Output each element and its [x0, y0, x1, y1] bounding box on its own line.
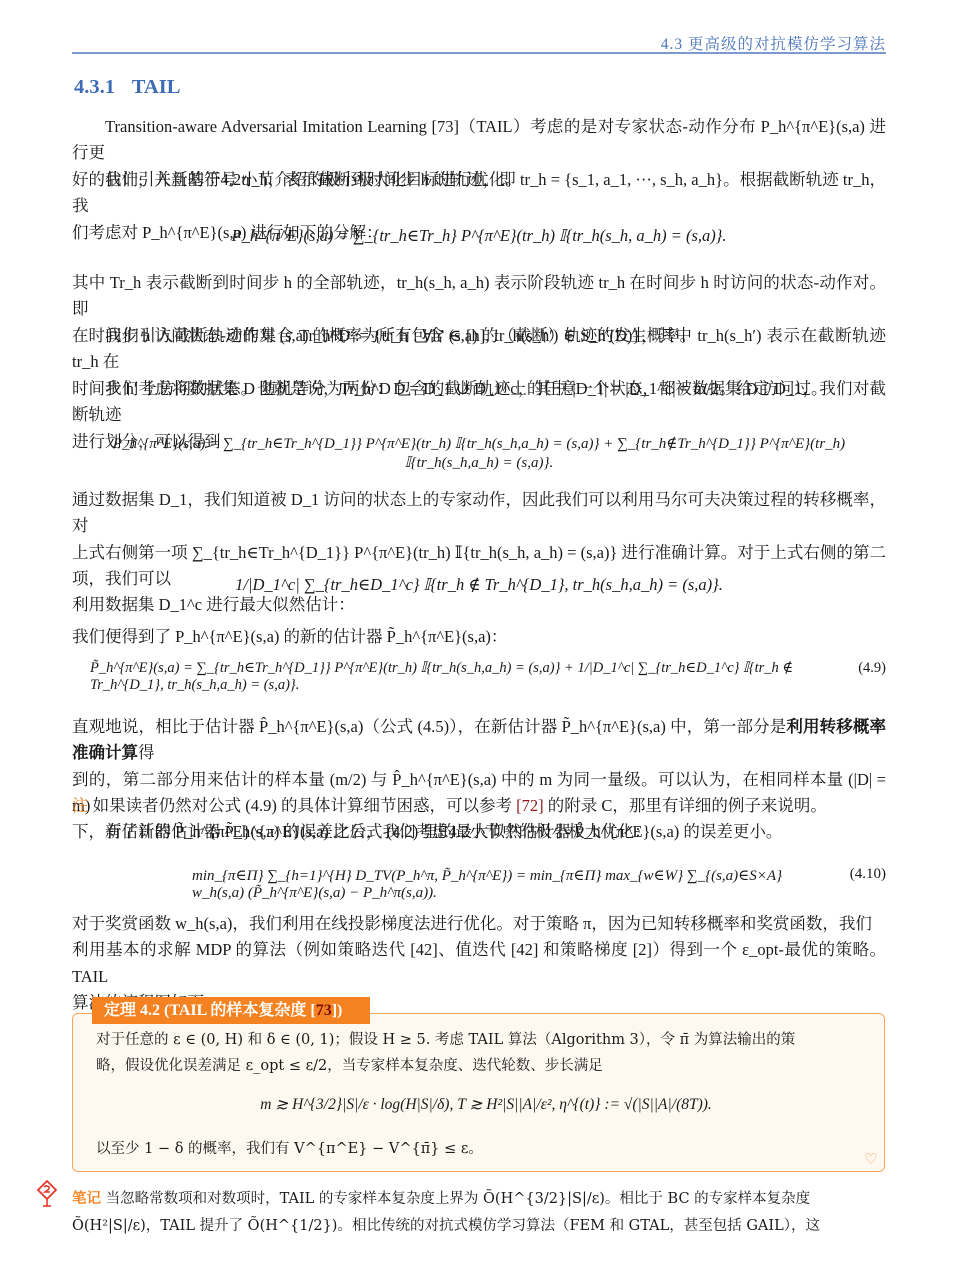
paragraph-d1: 通过数据集 D_1，我们知道被 D_1 访问的状态上的专家动作，因此我们可以利用…: [72, 487, 886, 618]
equation-4-9: P̃_h^{π^E}(s,a) = ∑_{tr_h∈Tr_h^{D_1}} P^…: [72, 660, 886, 694]
text-line: 对于任意的 ε ∈ (0, H) 和 δ ∈ (0, 1)；假设 H ≥ 5. …: [96, 1032, 795, 1048]
equation-text: 1/|D_1^c| ∑_{tr_h∈D_1^c} 𝕀{tr_h ∉ Tr_h^{…: [235, 575, 723, 594]
text-line: 的附录 C，那里有详细的例子来说明。: [544, 796, 827, 815]
text-line: 得: [138, 743, 155, 762]
running-title: 4.3 更高级的对抗模仿学习算法: [661, 32, 886, 54]
equation-text: m ≳ H^{3/2}|S|/ε · log(H|S|/δ), T ≳ H²|S…: [260, 1096, 712, 1113]
citation-link[interactable]: 73: [316, 1002, 332, 1019]
remark-label: 笔记: [72, 1190, 101, 1207]
equation-text: P_h^{π^E}(s,a) = ∑_{tr_h∈Tr_h^{D_1}} P^{…: [113, 436, 845, 471]
theorem-statement: 对于任意的 ε ∈ (0, H) 和 δ ∈ (0, 1)；假设 H ≥ 5. …: [96, 1027, 876, 1079]
text-line: 利用数据集 D_1^c 进行最大似然估计：: [72, 595, 355, 614]
section-number: 4.3.1: [74, 76, 115, 98]
text-line: 我们引入新的符号 tr_h，表示截断到时间步 h 的轨迹，即 tr_h = {s…: [72, 170, 886, 215]
equation-decomposition: P_h^{π^E}(s,a) = ∑_{tr_h∈Tr_h} P^{π^E}(t…: [72, 226, 886, 246]
note-label: 注: [72, 796, 89, 815]
citation-link[interactable]: [72]: [516, 796, 544, 815]
note-sign-icon: [36, 1180, 58, 1208]
equation-text: P̃_h^{π^E}(s,a) = ∑_{tr_h∈Tr_h^{D_1}} P^…: [90, 660, 830, 694]
page-header: 4.3 更高级的对抗模仿学习算法: [72, 30, 886, 54]
text-line: 通过数据集 D_1，我们知道被 D_1 访问的状态上的专家动作，因此我们可以利用…: [72, 490, 886, 535]
theorem-title-tab: 定理 4.2 (TAIL 的样本复杂度 [73]): [92, 997, 370, 1024]
text-line: Õ(H²|S|/ε)，TAIL 提升了 Õ(H^{1/2})。相比传统的对抗式模…: [72, 1218, 820, 1234]
text-line: 我们考虑将数据集 D 随机等分为两份：D = D_1 ∪ D_1^c，其中 |D…: [72, 379, 886, 424]
text-line: 有了新的估计器 P̃_h^{π^E}(s,a) 之后，我们考虑4.2小节中的极小…: [105, 822, 651, 841]
equation-number: (4.10): [850, 866, 886, 883]
equation-mle: 1/|D_1^c| ∑_{tr_h∈D_1^c} 𝕀{tr_h ∉ Tr_h^{…: [72, 575, 886, 595]
equation-number: (4.9): [858, 660, 886, 677]
equation-text: min_{π∈Π} ∑_{h=1}^{H} D_TV(P_h^π, P̃_h^{…: [192, 866, 832, 902]
section-title: TAIL: [132, 76, 181, 98]
paragraph-new-estimator: 我们便得到了 P_h^{π^E}(s,a) 的新的估计器 P̃_h^{π^E}(…: [72, 624, 886, 650]
equation-text: P_h^{π^E}(s,a) = ∑_{tr_h∈Tr_h} P^{π^E}(t…: [232, 226, 727, 245]
header-rule: [72, 52, 886, 54]
text-line: 对于奖赏函数 w_h(s,a)，我们利用在线投影梯度法进行优化。对于策略 π，因…: [72, 914, 872, 933]
text-line: 直观地说，相比于估计器 P̂_h^{π^E}(s,a)（公式 (4.5)），在新…: [72, 717, 786, 736]
text-line: 以至少 1 − δ 的概率，我们有 V^{π^E} − V^{π̄} ≤ ε。: [96, 1141, 483, 1157]
note-paragraph: 注 如果读者仍然对公式 (4.9) 的具体计算细节困惑，可以参考 [72] 的附…: [72, 793, 886, 819]
text-line: 当忽略常数项和对数项时，TAIL 的专家样本复杂度上界为 Õ(H^{3/2}|S…: [101, 1191, 810, 1207]
theorem-formula: m ≳ H^{3/2}|S|/ε · log(H|S|/δ), T ≳ H²|S…: [96, 1092, 876, 1118]
theorem-title: 定理 4.2 (TAIL 的样本复杂度: [104, 1002, 310, 1019]
text-line: 如果读者仍然对公式 (4.9) 的具体计算细节困惑，可以参考: [89, 796, 517, 815]
text-line: 利用基本的求解 MDP 的算法（例如策略迭代 [42]、值迭代 [42] 和策略…: [72, 940, 886, 985]
text-line: Transition-aware Adversarial Imitation L…: [72, 117, 886, 162]
text-line: 略，假设优化误差满足 ε_opt ≤ ε/2，当专家样本复杂度、迭代轮数、步长满…: [96, 1058, 603, 1074]
equation-split: P_h^{π^E}(s,a) = ∑_{tr_h∈Tr_h^{D_1}} P^{…: [72, 434, 886, 472]
equation-4-10: min_{π∈Π} ∑_{h=1}^{H} D_TV(P_h^π, P̃_h^{…: [72, 866, 886, 902]
section-heading: 4.3.1 TAIL: [74, 76, 180, 99]
text-line: 我们引入截断轨迹的集合 Tr_h^D := {tr_h : ∀h′ ∈ [h],…: [72, 326, 886, 371]
paragraph-minimax: 有了新的估计器 P̃_h^{π^E}(s,a) 之后，我们考虑4.2小节中的极小…: [72, 819, 886, 845]
text-line: 其中 Tr_h 表示截断到时间步 h 的全部轨迹，tr_h(s_h, a_h) …: [72, 273, 886, 318]
remark-paragraph: 笔记 当忽略常数项和对数项时，TAIL 的专家样本复杂度上界为 Õ(H^{3/2…: [72, 1185, 886, 1240]
theorem-conclusion: 以至少 1 − δ 的概率，我们有 V^{π^E} − V^{π̄} ≤ ε。: [96, 1136, 876, 1162]
heart-icon: ♡: [864, 1150, 877, 1169]
theorem-title-close: ): [337, 1002, 342, 1019]
text-line: 我们便得到了 P_h^{π^E}(s,a) 的新的估计器 P̃_h^{π^E}(…: [72, 627, 507, 646]
